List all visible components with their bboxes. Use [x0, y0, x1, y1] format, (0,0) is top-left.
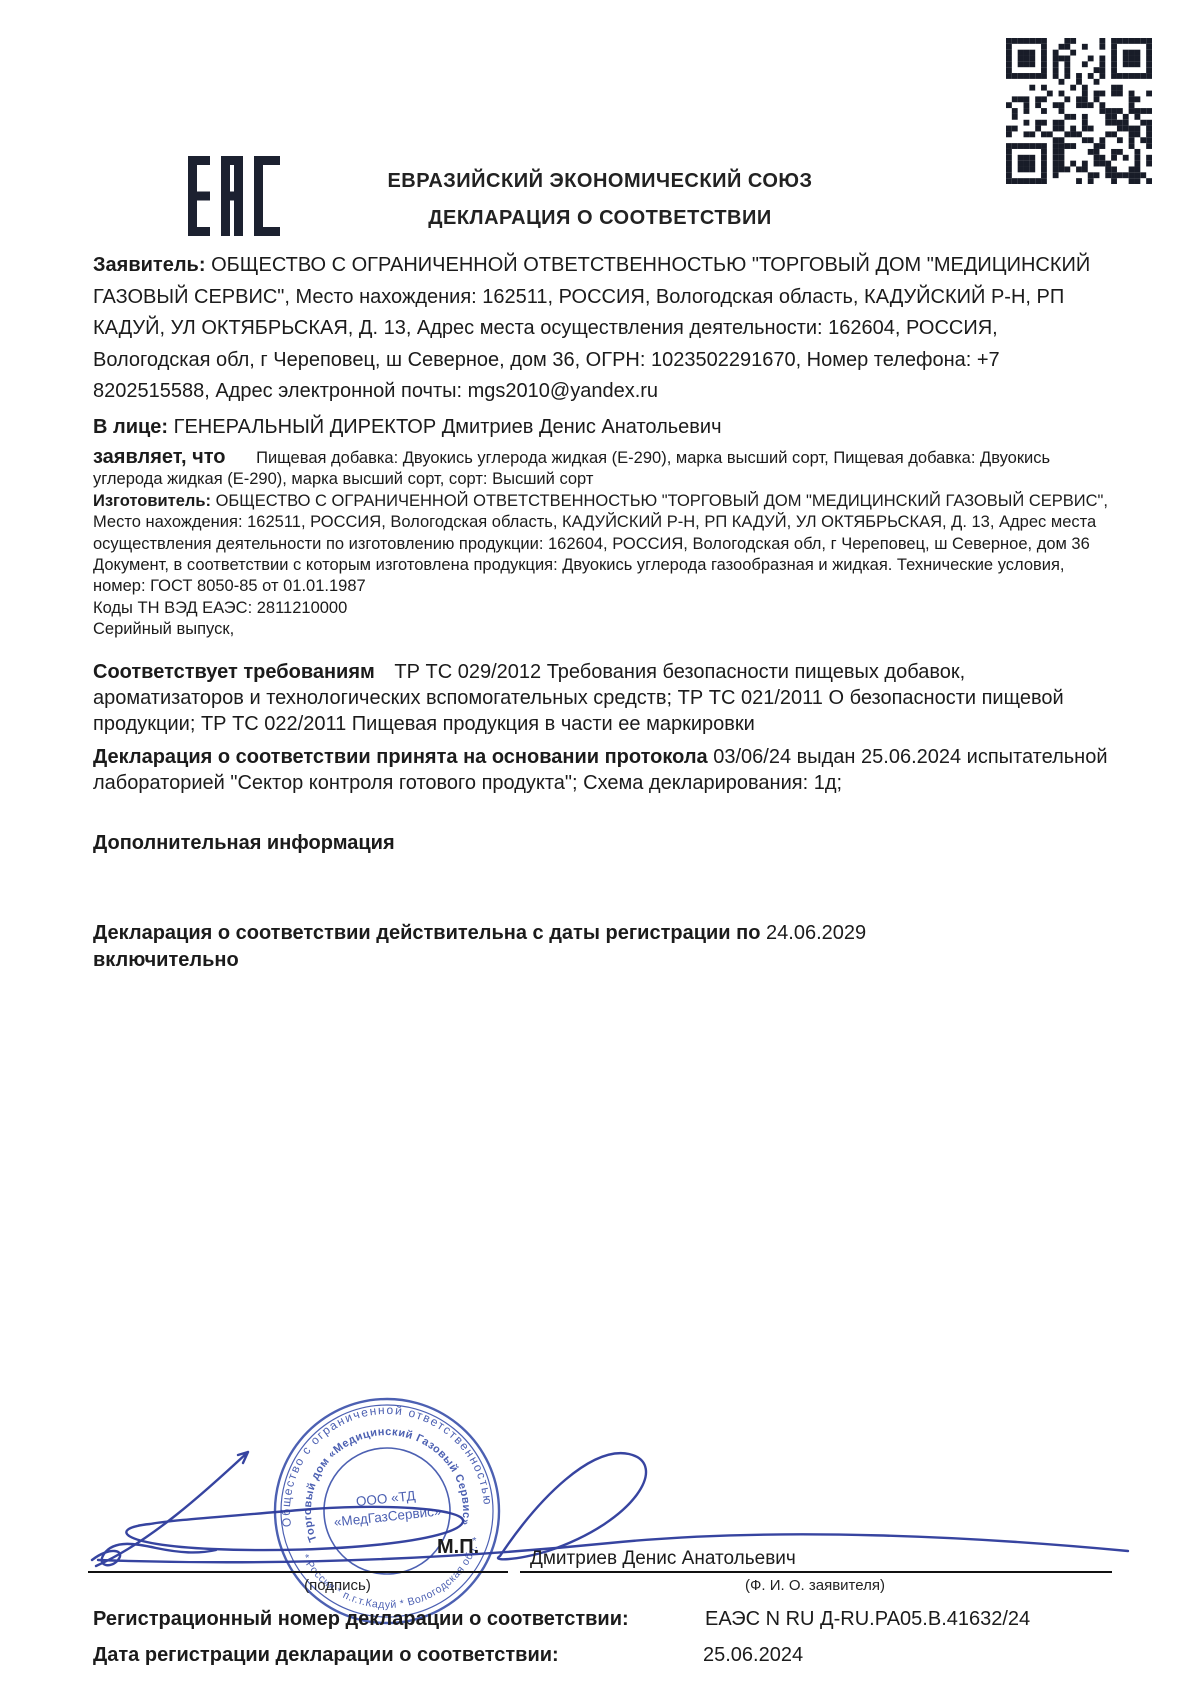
validity-label: Декларация о соответствии действительна …: [93, 922, 760, 944]
tnved-codes: Коды ТН ВЭД ЕАЭС: 2811210000: [93, 598, 1117, 619]
manufacturer-paragraph: Изготовитель: ОБЩЕСТВО С ОГРАНИЧЕННОЙ ОТ…: [93, 491, 1117, 555]
qr-code: [1006, 38, 1152, 184]
validity-paragraph: Декларация о соответствии действительна …: [93, 920, 1117, 974]
registration-date-value: 25.06.2024: [703, 1644, 803, 1667]
declares-text: Пищевая добавка: Двуокись углерода жидка…: [93, 449, 1050, 488]
declares-block: заявляет, что Пищевая добавка: Двуокись …: [93, 447, 1117, 641]
additional-info-label: Дополнительная информация: [93, 830, 1117, 856]
declaration-document: ЕВРАЗИЙСКИЙ ЭКОНОМИЧЕСКИЙ СОЮЗ ДЕКЛАРАЦИ…: [0, 0, 1200, 1697]
registration-number-value: ЕАЭС N RU Д-RU.РА05.В.41632/24: [705, 1608, 1030, 1631]
declares-paragraph: заявляет, что Пищевая добавка: Двуокись …: [93, 447, 1117, 491]
company-round-stamp: Общество с ограниченной ответственностью…: [254, 1378, 520, 1644]
applicant-paragraph: Заявитель: ОБЩЕСТВО С ОГРАНИЧЕННОЙ ОТВЕТ…: [93, 250, 1117, 408]
signature-line-left: [88, 1571, 508, 1573]
in-person-text: ГЕНЕРАЛЬНЫЙ ДИРЕКТОР Дмитриев Денис Анат…: [174, 416, 722, 438]
stamp-icon: Общество с ограниченной ответственностью…: [254, 1378, 520, 1644]
handwritten-signature: [0, 1400, 1200, 1600]
in-person-paragraph: В лице: ГЕНЕРАЛЬНЫЙ ДИРЕКТОР Дмитриев Де…: [93, 412, 1117, 444]
applicant-label: Заявитель:: [93, 254, 206, 276]
applicant-text: ОБЩЕСТВО С ОГРАНИЧЕННОЙ ОТВЕТСТВЕННОСТЬЮ…: [93, 254, 1090, 402]
registration-date-label: Дата регистрации декларации о соответств…: [93, 1644, 559, 1667]
signature-caption: (подпись): [255, 1577, 420, 1594]
complies-label: Соответствует требованиям: [93, 661, 375, 683]
manufacturer-text: ОБЩЕСТВО С ОГРАНИЧЕННОЙ ОТВЕТСТВЕННОСТЬЮ…: [93, 492, 1108, 553]
basis-label: Декларация о соответствии принята на осн…: [93, 746, 708, 768]
basis-paragraph: Декларация о соответствии принята на осн…: [93, 744, 1117, 796]
document-basis-paragraph: Документ, в соответствии с которым изгот…: [93, 555, 1117, 598]
union-title: ЕВРАЗИЙСКИЙ ЭКОНОМИЧЕСКИЙ СОЮЗ: [0, 170, 1200, 193]
registration-number-label: Регистрационный номер декларации о соотв…: [93, 1608, 629, 1631]
manufacturer-label: Изготовитель:: [93, 492, 211, 510]
fio-caption: (Ф. И. О. заявителя): [715, 1577, 915, 1594]
signature-line-right: [520, 1571, 1112, 1573]
complies-paragraph: Соответствует требованиям ТР ТС 029/2012…: [93, 659, 1117, 737]
validity-suffix: включительно: [93, 947, 1117, 974]
applicant-fio: Дмитриев Денис Анатольевич: [530, 1548, 796, 1570]
validity-date: 24.06.2029: [766, 922, 866, 944]
seal-place-mark: М.П.: [437, 1536, 479, 1559]
serial-release: Серийный выпуск,: [93, 619, 1117, 640]
in-person-label: В лице:: [93, 416, 168, 438]
stamp-center-line2: «МедГазСервис»: [333, 1503, 442, 1529]
document-title: ДЕКЛАРАЦИЯ О СООТВЕТСТВИИ: [0, 207, 1200, 230]
declares-label: заявляет, что: [93, 446, 226, 468]
